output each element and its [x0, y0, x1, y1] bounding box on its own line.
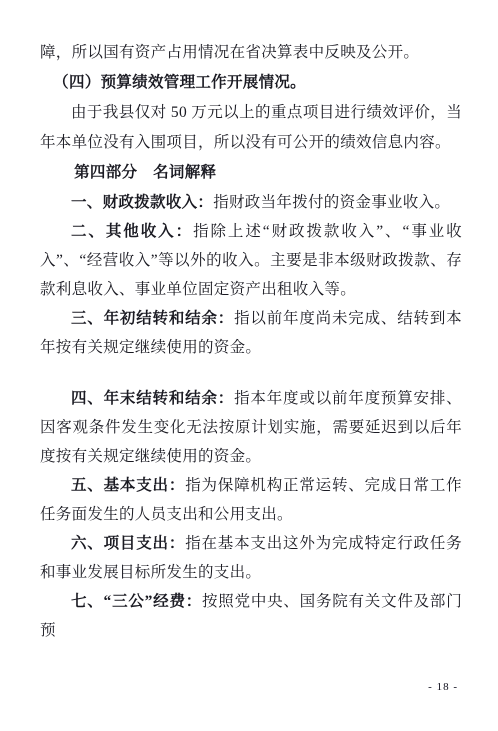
term-item: 二、其他收入：指除上述“财政拨款收入”、“事业收入”、“经营收入”等以外的收入。…: [40, 217, 462, 304]
term-item: 五、基本支出：指为保障机构正常运转、完成日常工作任务面发生的人员支出和公用支出。: [40, 471, 462, 529]
terms-list: 一、财政拨款收入：指财政当年拨付的资金事业收入。二、其他收入：指除上述“财政拨款…: [40, 188, 462, 645]
term-label: 四、年末结转和结余：: [71, 390, 234, 407]
document-page: 障，所以国有资产占用情况在省决算表中反映及公开。 （四）预算绩效管理工作开展情况…: [0, 0, 498, 731]
term-item: 七、“三公”经费：按照党中央、国务院有关文件及部门预: [40, 587, 462, 645]
term-label: 三、年初结转和结余：: [71, 310, 234, 327]
term-label: 二、其他收入：: [71, 223, 193, 240]
term-label: 七、“三公”经费：: [71, 593, 202, 610]
section-body-paragraph: 由于我县仅对 50 万元以上的重点项目进行绩效评价，当年本单位没有入围项目，所以…: [40, 98, 462, 158]
term-label: 六、项目支出：: [71, 535, 185, 552]
page-number: - 18 -: [428, 681, 458, 693]
section-heading: （四）预算绩效管理工作开展情况。: [40, 68, 462, 98]
term-label: 五、基本支出：: [71, 477, 185, 494]
term-item: 六、项目支出：指在基本支出这外为完成特定行政任务和事业发展目标所发生的支出。: [40, 529, 462, 587]
term-definition: 指财政当年拨付的资金事业收入。: [213, 194, 450, 211]
term-label: 一、财政拨款收入：: [71, 194, 213, 211]
continuation-paragraph: 障，所以国有资产占用情况在省决算表中反映及公开。: [40, 38, 462, 68]
term-item: 一、财政拨款收入：指财政当年拨付的资金事业收入。: [40, 188, 462, 217]
term-item: 三、年初结转和结余：指以前年度尚未完成、结转到本年按有关规定继续使用的资金。: [40, 304, 462, 362]
term-item: 四、年末结转和结余：指本年度或以前年度预算安排、因客观条件发生变化无法按原计划实…: [40, 384, 462, 471]
part-heading: 第四部分 名词解释: [40, 158, 462, 188]
document-body: 障，所以国有资产占用情况在省决算表中反映及公开。 （四）预算绩效管理工作开展情况…: [40, 38, 462, 645]
